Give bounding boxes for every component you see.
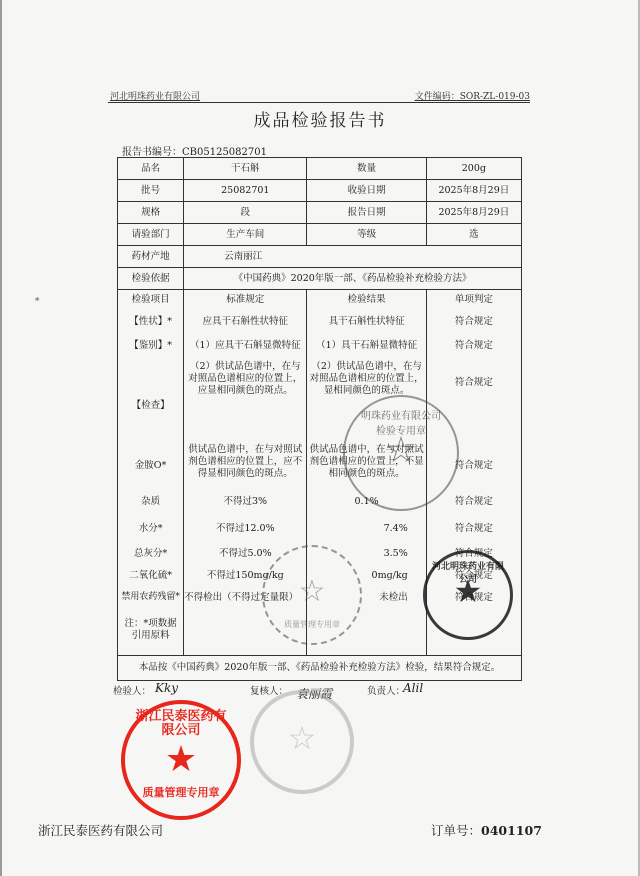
origin-value: 云南丽江 bbox=[184, 246, 522, 268]
responsible-label: 负责人： bbox=[367, 683, 405, 697]
info-value: 25082701 bbox=[184, 180, 307, 202]
item-verdict: 符合规定 bbox=[427, 496, 521, 508]
info-value: 2025年8月29日 bbox=[426, 202, 521, 224]
star-icon: ☆ bbox=[254, 722, 350, 754]
basis-row: 检验依据 《中国药典》2020年版一部、《药品检验补充检验方法》 bbox=[118, 268, 522, 290]
item-item: 【性状】* bbox=[118, 316, 183, 328]
conclusion-row: 本品按《中国药典》2020年版一部、《药品检验补充检验方法》检验，结果符合规定。 bbox=[118, 656, 522, 681]
stamp-text: 质量管理专用章 bbox=[264, 619, 360, 630]
info-label: 品名 bbox=[118, 158, 184, 180]
item-standard: 供试品色谱中，在与对照试剂色谱相应的位置上，应不得显相同颜色的斑点。 bbox=[184, 444, 306, 480]
responsible-signature: Alil bbox=[403, 681, 423, 695]
items-column-item: 检验项目【性状】*【鉴别】*【检查】金胺O*杂质水分*总灰分*二氧化硫*禁用农药… bbox=[118, 290, 184, 656]
scan-smudge: ∗ bbox=[34, 295, 40, 305]
footer-order: 订单号：0401107 bbox=[431, 821, 542, 839]
origin-row: 药材产地 云南丽江 bbox=[118, 246, 522, 268]
info-label: 规格 bbox=[118, 202, 184, 224]
item-verdict: 符合规定 bbox=[427, 377, 521, 389]
item-result: （1）具干石斛显微特征 bbox=[307, 340, 425, 352]
footer-company: 浙江民泰医药有限公司 bbox=[38, 821, 163, 839]
faded-stamp: ☆ 质量管理专用章 bbox=[262, 545, 362, 645]
star-icon: ★ bbox=[125, 742, 237, 778]
item-result: 具干石斛性状特征 bbox=[307, 316, 425, 328]
order-label: 订单号： bbox=[431, 823, 481, 838]
basis-value: 《中国药典》2020年版一部、《药品检验补充检验方法》 bbox=[184, 268, 522, 290]
item-standard: （2）供试品色谱中，在与对照品色谱相应的位置上，应显相同颜色的斑点。 bbox=[184, 361, 306, 397]
page-edge bbox=[0, 0, 2, 876]
inspection-stamp: ☆ 明珠药业有限公司 检验专用章 bbox=[343, 395, 459, 511]
item-result: 7.4% bbox=[307, 523, 425, 535]
inspector-label: 检验人： bbox=[113, 683, 151, 697]
items-header: 检验结果 bbox=[307, 294, 425, 306]
item-item: 金胺O* bbox=[118, 460, 183, 472]
item-standard: 应具干石斛性状特征 bbox=[184, 316, 306, 328]
info-value: 段 bbox=[184, 202, 307, 224]
info-value: 2025年8月29日 bbox=[426, 180, 521, 202]
document-header: 河北明珠药业有限公司 文件编码：SOR-ZL-019-03 bbox=[108, 86, 530, 103]
conclusion-text: 本品按《中国药典》2020年版一部、《药品检验补充检验方法》检验，结果符合规定。 bbox=[118, 656, 522, 681]
info-label: 收验日期 bbox=[307, 180, 426, 202]
item-item: 禁用农药残留* bbox=[118, 592, 183, 603]
quality-stamp: 浙江民泰医药有限公司 ★ 质量管理专用章 bbox=[121, 700, 241, 820]
item-item: 杂质 bbox=[118, 496, 183, 508]
info-value: 生产车间 bbox=[184, 224, 307, 246]
info-label: 请验部门 bbox=[118, 224, 184, 246]
order-number: 0401107 bbox=[481, 823, 542, 838]
info-value: 选 bbox=[426, 224, 521, 246]
item-standard: 不得过3% bbox=[184, 496, 306, 508]
stamp-inner-text: 质量管理专用章 bbox=[125, 784, 237, 800]
star-icon: ☆ bbox=[345, 433, 457, 469]
inspector-signature: Kky bbox=[155, 681, 178, 695]
origin-label: 药材产地 bbox=[118, 246, 184, 268]
item-standard: （1）应具干石斛显微特征 bbox=[184, 340, 306, 352]
company-stamp: ★ 河北明珠药业有限公司 bbox=[423, 550, 513, 640]
info-label: 等级 bbox=[307, 224, 426, 246]
header-company: 河北明珠药业有限公司 bbox=[110, 89, 200, 102]
info-row: 批号 25082701 收验日期 2025年8月29日 bbox=[118, 180, 522, 202]
info-row: 规格 段 报告日期 2025年8月29日 bbox=[118, 202, 522, 224]
items-header: 检验项目 bbox=[118, 294, 183, 306]
info-value: 200g bbox=[426, 158, 521, 180]
faded-stamp-lower: ☆ bbox=[250, 690, 354, 794]
items-header: 标准规定 bbox=[184, 294, 306, 306]
item-item: 二氧化硫* bbox=[118, 570, 183, 582]
header-file-number: 文件编码：SOR-ZL-019-03 bbox=[415, 89, 530, 102]
stamp-text: 河北明珠药业有限公司 bbox=[430, 559, 506, 585]
item-verdict: 符合规定 bbox=[427, 523, 521, 535]
items-note: 注：*项数据引用原料 bbox=[118, 618, 183, 642]
item-item: 【鉴别】* bbox=[118, 340, 183, 352]
info-row: 品名 干石斛 数量 200g bbox=[118, 158, 522, 180]
info-label: 批号 bbox=[118, 180, 184, 202]
item-verdict: 符合规定 bbox=[427, 340, 521, 352]
item-standard: 不得过12.0% bbox=[184, 523, 306, 535]
item-item: 水分* bbox=[118, 523, 183, 535]
info-value: 干石斛 bbox=[184, 158, 307, 180]
item-item: 总灰分* bbox=[118, 548, 183, 560]
stamp-text: 明珠药业有限公司 检验专用章 bbox=[359, 407, 443, 437]
info-label: 报告日期 bbox=[307, 202, 426, 224]
item-verdict: 符合规定 bbox=[427, 316, 521, 328]
basis-label: 检验依据 bbox=[118, 268, 184, 290]
info-label: 数量 bbox=[307, 158, 426, 180]
page-title: 成品检验报告书 bbox=[0, 106, 640, 131]
item-item: 【检查】 bbox=[118, 400, 183, 412]
items-header: 单项判定 bbox=[427, 294, 521, 306]
item-result: （2）供试品色谱中，在与对照品色谱相应的位置上，显相同颜色的斑点。 bbox=[307, 361, 425, 397]
stamp-outer-text: 浙江民泰医药有限公司 bbox=[135, 710, 227, 739]
star-icon: ☆ bbox=[264, 577, 360, 607]
info-row: 请验部门 生产车间 等级 选 bbox=[118, 224, 522, 246]
report-number: 报告书编号：CB05125082701 bbox=[122, 143, 267, 158]
